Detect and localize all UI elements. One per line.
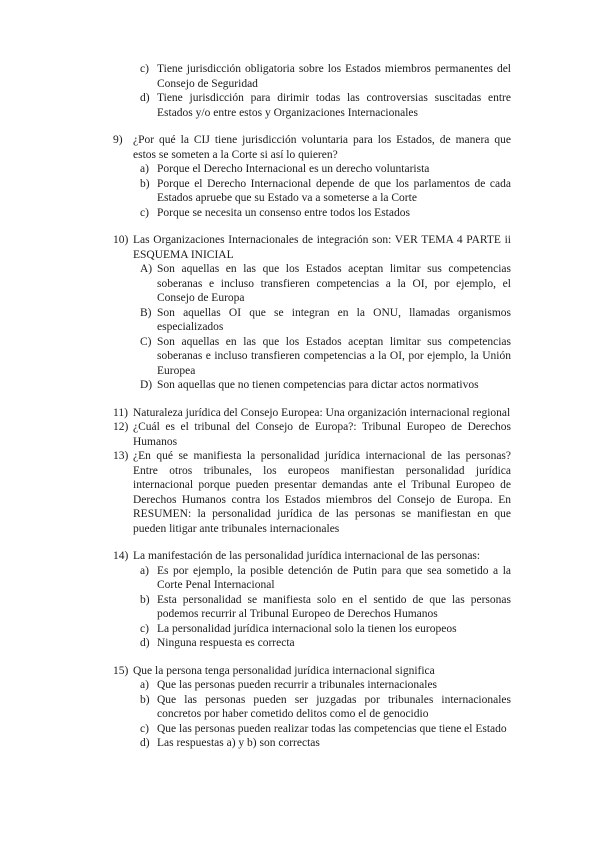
option-text: Porque el Derecho Internacional depende … xyxy=(157,178,511,205)
answer-option: c)Que las personas pueden realizar todas… xyxy=(140,722,511,737)
options-list: a)Porque el Derecho Internacional es un … xyxy=(140,162,511,220)
document-page: c)Tiene jurisdicción obligatoria sobre l… xyxy=(0,0,599,848)
answer-option: a)Porque el Derecho Internacional es un … xyxy=(140,162,511,177)
answer-option: c)Tiene jurisdicción obligatoria sobre l… xyxy=(140,62,511,91)
answer-option: b)Esta personalidad se manifiesta solo e… xyxy=(140,593,511,622)
option-letter: a) xyxy=(140,564,149,579)
option-letter: d) xyxy=(140,91,150,106)
option-letter: c) xyxy=(140,622,149,637)
answer-option: b)Que las personas pueden ser juzgadas p… xyxy=(140,693,511,722)
question-number: 14) xyxy=(113,549,128,564)
option-letter: d) xyxy=(140,736,150,751)
question-text: Que la persona tenga personalidad jurídi… xyxy=(133,665,435,677)
question-block: 14)La manifestación de las personalidad … xyxy=(113,549,511,651)
option-letter: C) xyxy=(140,335,152,350)
option-letter: d) xyxy=(140,636,150,651)
answer-option: B)Son aquellas OI que se integran en la … xyxy=(140,306,511,335)
option-text: Es por ejemplo, la posible detención de … xyxy=(157,565,511,592)
option-text: Tiene jurisdicción obligatoria sobre los… xyxy=(157,63,511,90)
answer-option: c)La personalidad jurídica internacional… xyxy=(140,622,511,637)
question-block: 11)Naturaleza jurídica del Consejo Europ… xyxy=(113,406,511,421)
answer-option: C)Son aquellas en las que los Estados ac… xyxy=(140,335,511,379)
option-letter: A) xyxy=(140,262,152,277)
option-text: Esta personalidad se manifiesta solo en … xyxy=(157,594,511,621)
answer-option: b)Porque el Derecho Internacional depend… xyxy=(140,177,511,206)
options-list: c)Tiene jurisdicción obligatoria sobre l… xyxy=(140,62,511,120)
option-letter: b) xyxy=(140,693,150,708)
question-block: c)Tiene jurisdicción obligatoria sobre l… xyxy=(113,62,511,120)
option-text: Son aquellas en las que los Estados acep… xyxy=(157,263,511,304)
option-text: Que las personas pueden ser juzgadas por… xyxy=(157,694,511,721)
answer-option: d)Tiene jurisdicción para dirimir todas … xyxy=(140,91,511,120)
option-letter: b) xyxy=(140,593,150,608)
question-text: Las Organizaciones Internacionales de in… xyxy=(133,234,511,261)
question-block: 10)Las Organizaciones Internacionales de… xyxy=(113,233,511,393)
option-text: Son aquellas en las que los Estados acep… xyxy=(157,336,511,377)
option-text: Las respuestas a) y b) son correctas xyxy=(157,737,320,749)
answer-option: D)Son aquellas que no tienen competencia… xyxy=(140,378,511,393)
answer-option: A)Son aquellas en las que los Estados ac… xyxy=(140,262,511,306)
option-text: Porque se necesita un consenso entre tod… xyxy=(157,207,410,219)
question-number: 12) xyxy=(113,420,128,435)
option-letter: c) xyxy=(140,62,149,77)
option-text: Tiene jurisdicción para dirimir todas la… xyxy=(157,92,511,119)
option-letter: a) xyxy=(140,678,149,693)
question-text: La manifestación de las personalidad jur… xyxy=(133,550,480,562)
question-number: 13) xyxy=(113,449,128,464)
question-block: 9)¿Por qué la CIJ tiene jurisdicción vol… xyxy=(113,133,511,220)
question-block: 12)¿Cuál es el tribunal del Consejo de E… xyxy=(113,420,511,449)
question-number: 10) xyxy=(113,233,128,248)
question-number: 9) xyxy=(113,133,123,148)
option-letter: D) xyxy=(140,378,152,393)
question-block: 13)¿En qué se manifiesta la personalidad… xyxy=(113,449,511,536)
options-list: a)Que las personas pueden recurrir a tri… xyxy=(140,678,511,751)
answer-option: d)Ninguna respuesta es correcta xyxy=(140,636,511,651)
question-text: Naturaleza jurídica del Consejo Europea:… xyxy=(133,407,510,419)
question-text: ¿Por qué la CIJ tiene jurisdicción volun… xyxy=(133,134,511,161)
option-text: Porque el Derecho Internacional es un de… xyxy=(157,163,429,175)
options-list: a)Es por ejemplo, la posible detención d… xyxy=(140,564,511,651)
question-text: ¿En qué se manifiesta la personalidad ju… xyxy=(133,450,511,535)
questions-list: c)Tiene jurisdicción obligatoria sobre l… xyxy=(113,62,511,751)
question-block: 15)Que la persona tenga personalidad jur… xyxy=(113,664,511,751)
answer-option: a)Es por ejemplo, la posible detención d… xyxy=(140,564,511,593)
option-text: Son aquellas que no tienen competencias … xyxy=(157,379,479,391)
answer-option: a)Que las personas pueden recurrir a tri… xyxy=(140,678,511,693)
question-number: 11) xyxy=(113,406,128,421)
option-letter: b) xyxy=(140,177,150,192)
option-text: Que las personas pueden recurrir a tribu… xyxy=(157,679,437,691)
question-number: 15) xyxy=(113,664,128,679)
option-letter: a) xyxy=(140,162,149,177)
option-letter: c) xyxy=(140,206,149,221)
answer-option: c)Porque se necesita un consenso entre t… xyxy=(140,206,511,221)
option-letter: c) xyxy=(140,722,149,737)
answer-option: d)Las respuestas a) y b) son correctas xyxy=(140,736,511,751)
option-letter: B) xyxy=(140,306,152,321)
options-list: A)Son aquellas en las que los Estados ac… xyxy=(140,262,511,393)
question-text: ¿Cuál es el tribunal del Consejo de Euro… xyxy=(133,421,511,448)
option-text: Que las personas pueden realizar todas l… xyxy=(157,723,507,735)
option-text: La personalidad jurídica internacional s… xyxy=(157,623,457,635)
option-text: Son aquellas OI que se integran en la ON… xyxy=(157,307,511,334)
option-text: Ninguna respuesta es correcta xyxy=(157,637,295,649)
